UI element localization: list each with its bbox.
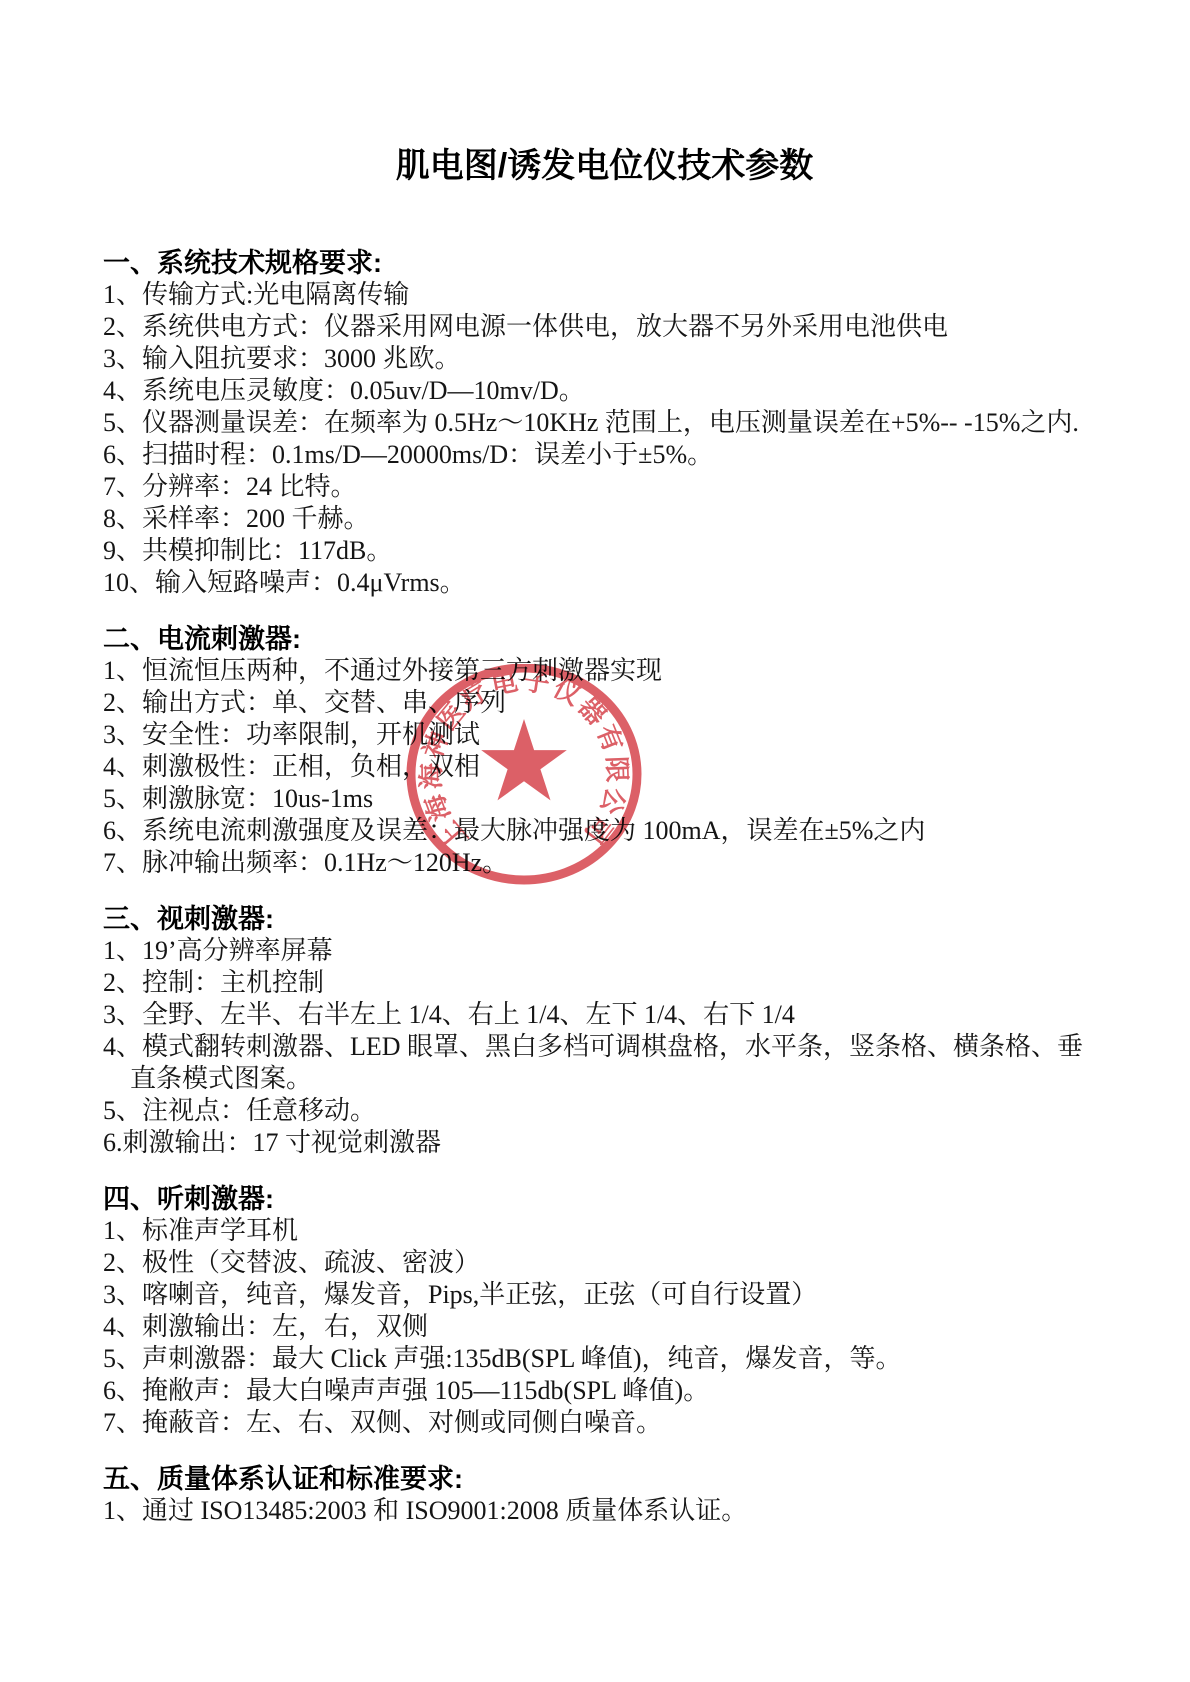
section-heading-system-specs: 一、系统技术规格要求:	[103, 247, 1106, 279]
spec-item: 2、输出方式：单、交替、串、序列	[103, 687, 1106, 719]
spec-item: 3、喀喇音，纯音，爆发音，Pips,半正弦，正弦（可自行设置）	[103, 1279, 1106, 1311]
spec-item: 4、刺激极性：正相，负相，双相	[103, 751, 1106, 783]
spec-item: 5、声刺激器：最大 Click 声强:135dB(SPL 峰值)，纯音，爆发音，…	[103, 1343, 1106, 1375]
document-page: 肌电图/诱发电位仪技术参数 一、系统技术规格要求: 1、传输方式:光电隔离传输 …	[0, 0, 1190, 1682]
spec-item: 5、仪器测量误差：在频率为 0.5Hz～10KHz 范围上，电压测量误差在+5%…	[103, 407, 1106, 439]
spec-item: 7、脉冲输出频率：0.1Hz～120Hz。	[103, 847, 1106, 879]
spec-item: 1、恒流恒压两种，不通过外接第三方刺激器实现	[103, 655, 1106, 687]
spec-item: 3、全野、左半、右半左上 1/4、右上 1/4、左下 1/4、右下 1/4	[103, 999, 1106, 1031]
section-heading-auditory-stimulator: 四、听刺激器:	[103, 1183, 1106, 1215]
spec-item: 1、通过 ISO13485:2003 和 ISO9001:2008 质量体系认证…	[103, 1495, 1106, 1527]
spec-item: 4、刺激输出：左，右，双侧	[103, 1311, 1106, 1343]
spec-item: 2、系统供电方式：仪器采用网电源一体供电，放大器不另外采用电池供电	[103, 311, 1106, 343]
spec-item: 6、系统电流刺激强度及误差：最大脉冲强度为 100mA，误差在±5%之内	[103, 815, 1106, 847]
spec-item: 7、掩蔽音：左、右、双侧、对侧或同侧白噪音。	[103, 1407, 1106, 1439]
spec-item: 3、输入阻抗要求：3000 兆欧。	[103, 343, 1106, 375]
spec-item: 1、19’高分辨率屏幕	[103, 935, 1106, 967]
spec-item: 6、掩敝声：最大白噪声声强 105—115db(SPL 峰值)。	[103, 1375, 1106, 1407]
section-heading-current-stimulator: 二、电流刺激器:	[103, 623, 1106, 655]
spec-item: 2、控制：主机控制	[103, 967, 1106, 999]
spec-item: 8、采样率：200 千赫。	[103, 503, 1106, 535]
spec-item: 5、刺激脉宽：10us-1ms	[103, 783, 1106, 815]
spec-item: 2、极性（交替波、疏波、密波）	[103, 1247, 1106, 1279]
spec-item: 5、注视点：任意移动。	[103, 1095, 1106, 1127]
document-content: 肌电图/诱发电位仪技术参数 一、系统技术规格要求: 1、传输方式:光电隔离传输 …	[0, 0, 1190, 1527]
spec-item: 10、输入短路噪声：0.4μVrms。	[103, 567, 1106, 599]
spec-item: 3、安全性：功率限制，开机测试	[103, 719, 1106, 751]
spec-item: 9、共模抑制比：117dB。	[103, 535, 1106, 567]
spec-item: 4、系统电压灵敏度：0.05uv/D—10mv/D。	[103, 375, 1106, 407]
spec-item: 7、分辨率：24 比特。	[103, 471, 1106, 503]
spec-item: 4、模式翻转刺激器、LED 眼罩、黑白多档可调棋盘格，水平条，竖条格、横条格、垂…	[103, 1031, 1106, 1095]
spec-item: 6.刺激输出：17 寸视觉刺激器	[103, 1127, 1106, 1159]
section-heading-visual-stimulator: 三、视刺激器:	[103, 903, 1106, 935]
section-heading-quality-certification: 五、质量体系认证和标准要求:	[103, 1463, 1106, 1495]
spec-item: 1、传输方式:光电隔离传输	[103, 279, 1106, 311]
spec-item: 1、标准声学耳机	[103, 1215, 1106, 1247]
document-title: 肌电图/诱发电位仪技术参数	[103, 143, 1106, 190]
spec-item: 6、扫描时程：0.1ms/D—20000ms/D：误差小于±5%。	[103, 439, 1106, 471]
